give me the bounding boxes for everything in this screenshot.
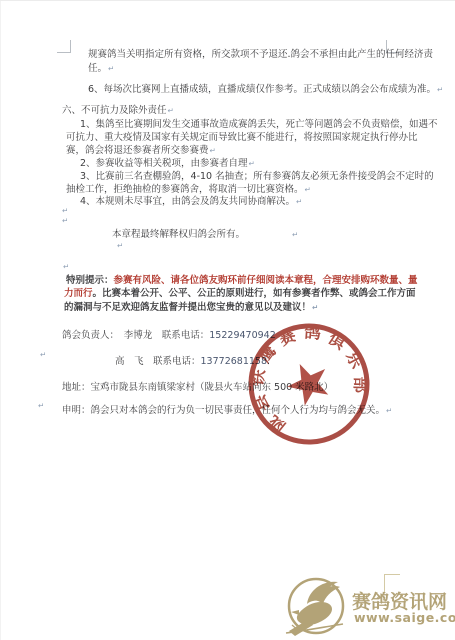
paragraph-mark: ↵ bbox=[168, 106, 174, 115]
special-notice-line1: 特别提示：参赛有风险、请各位鸽友购环前仔细阅读本章程，合理安排购环数量、量 bbox=[66, 275, 418, 286]
special-notice-line2: 力而行。比赛本着公开、公平、公正的原则进行，如有参赛者作弊、或鸽会工作方面 bbox=[64, 288, 416, 299]
paragraph-mark: ↵ bbox=[292, 230, 298, 239]
text-line: 规赛鸽当关明指定所有资格，所交款项不予退还.鸽会不承担由此产生的任何经济责 bbox=[88, 49, 433, 60]
margin-corner-mark-left bbox=[57, 40, 71, 53]
text-line: 6、每场次比赛网上直播成绩，直播成绩仅作参考。正式成绩以鸽会公布成绩为准。↵ bbox=[88, 84, 443, 95]
special-notice-red-text: 参赛有风险、请各位鸽友购环前仔细阅读本章程，合理安排购环数量、量 bbox=[114, 275, 418, 286]
text-line: 本章程最终解释权归鸽会所有。 bbox=[112, 229, 245, 240]
pigeon-logo-icon bbox=[279, 569, 355, 640]
paragraph-mark: ↵ bbox=[249, 159, 255, 168]
paragraph-mark: ↵ bbox=[63, 262, 69, 271]
paragraph-mark: ↵ bbox=[296, 197, 302, 206]
seal-star-icon bbox=[281, 355, 336, 409]
special-notice-label: 特别提示： bbox=[66, 275, 114, 286]
logo-site-url: www.saige.com bbox=[354, 610, 455, 625]
text-line: 赛，鸽会将退还参赛者所交参赛费↵ bbox=[66, 145, 216, 156]
paragraph-mark: ↵ bbox=[40, 350, 46, 359]
svg-text:部: 部 bbox=[351, 376, 371, 393]
paragraph-mark: ↵ bbox=[62, 206, 68, 215]
text-line: 可抗力、重大疫情及国家有关规定而导致比赛不能进行，将按照国家规定执行停办比 bbox=[66, 132, 418, 143]
paragraph-mark: ↵ bbox=[305, 185, 311, 194]
special-notice-black-text2: 。比赛本着公开、公平、公正的原则进行，如有参赛者作弊、或鸽会工作方面 bbox=[93, 288, 416, 299]
text-line: 抽检工作，拒绝抽检的参赛鸽舍，将取消一切比赛资格。↵ bbox=[66, 184, 311, 195]
contact-leader-label: 鸽会负责人： 李博龙 联系电话： bbox=[62, 330, 209, 341]
paragraph-mark: ↵ bbox=[108, 64, 114, 73]
contact-second-label: 高 飞 联系电话： bbox=[115, 356, 201, 367]
special-notice-red-text2: 力而行 bbox=[64, 288, 93, 299]
paragraph-mark: ↵ bbox=[437, 85, 443, 94]
svg-text:铁: 铁 bbox=[246, 368, 268, 388]
paragraph-mark: ↵ bbox=[210, 146, 216, 155]
paragraph-mark: ↵ bbox=[117, 241, 123, 250]
text-line: 六、不可抗力及除外责任↵ bbox=[62, 105, 174, 116]
svg-text:陇: 陇 bbox=[264, 411, 289, 436]
text-line: 1、集鸽至比赛期间发生交通事故造成赛鸽丢失，死亡等问题鸽会不负责赔偿，如遇不 bbox=[80, 119, 438, 130]
document-page: 规赛鸽当关明指定所有资格，所交款项不予退还.鸽会不承担由此产生的任何经济责任。↵… bbox=[0, 0, 455, 640]
text-line: 4、本规则未尽事宜，由鸽会及鸽友共同协商解决。↵ bbox=[80, 196, 302, 207]
svg-text:鸽: 鸽 bbox=[304, 322, 322, 343]
club-seal-stamp: 陇县铁鹰赛鸽俱乐部 bbox=[229, 304, 389, 464]
text-line: 任。↵ bbox=[88, 63, 114, 74]
text-line: 2、参赛收益等相关税项，由参赛者自理↵ bbox=[80, 158, 255, 169]
paragraph-mark: ↵ bbox=[38, 401, 44, 410]
text-line: 3、比赛前三名查棚验鸽，4-10 名抽查；所有参赛鸽友必须无条件接受鸽会不定时的 bbox=[80, 171, 434, 182]
paragraph-mark: ↵ bbox=[62, 216, 68, 225]
